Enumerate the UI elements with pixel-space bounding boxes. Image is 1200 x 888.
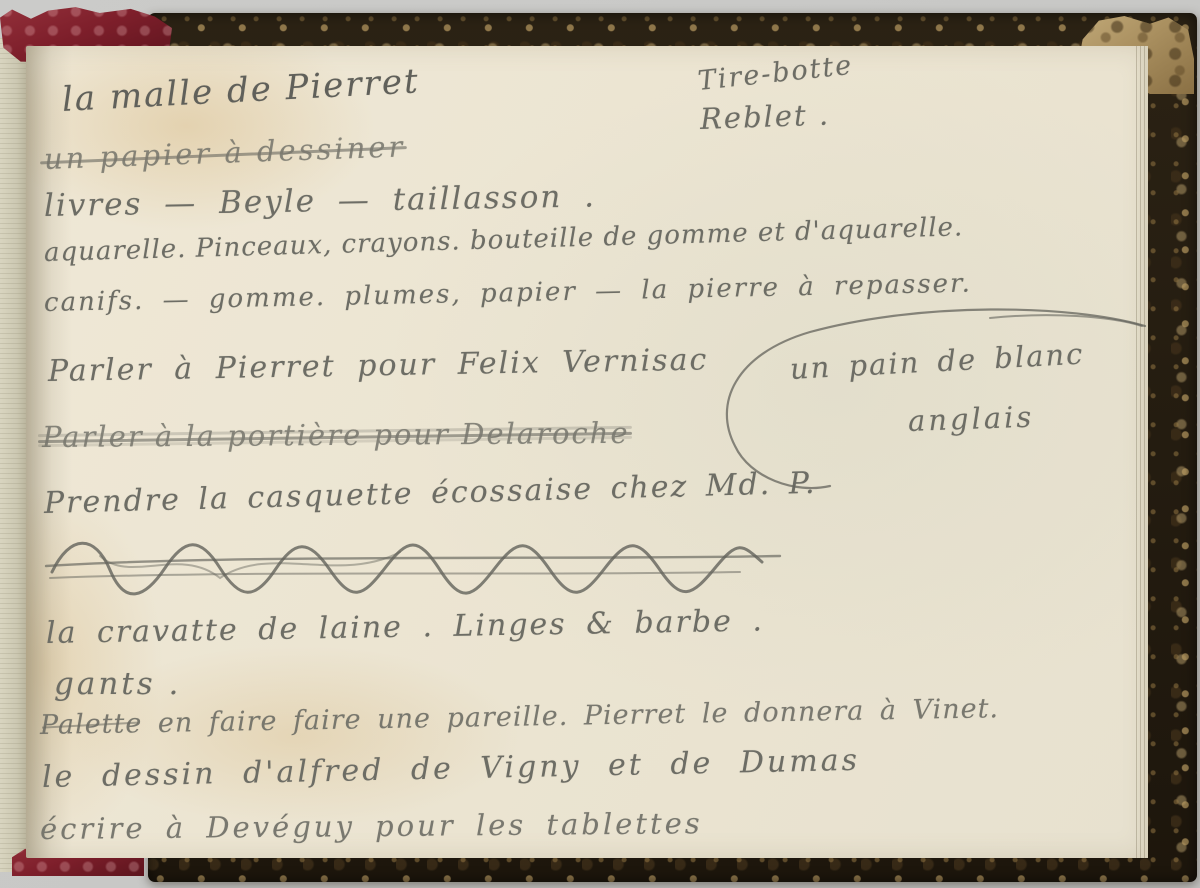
entry-ecrire: écrire à Devéguy pour les tablettes [40, 806, 703, 846]
entry-struck-portiere: Parler à la portière pour Delaroche [42, 416, 630, 454]
entry-gants: gants . [54, 666, 181, 702]
circle-around-note [690, 288, 1160, 508]
scribbled-out-line [40, 526, 790, 600]
header-note-line2: Reblet . [699, 97, 830, 136]
circled-note-line2: anglais [907, 400, 1034, 438]
notebook-photo: Tire-botte Reblet . la malle de Pierret … [0, 0, 1200, 888]
page-edges [0, 38, 29, 872]
